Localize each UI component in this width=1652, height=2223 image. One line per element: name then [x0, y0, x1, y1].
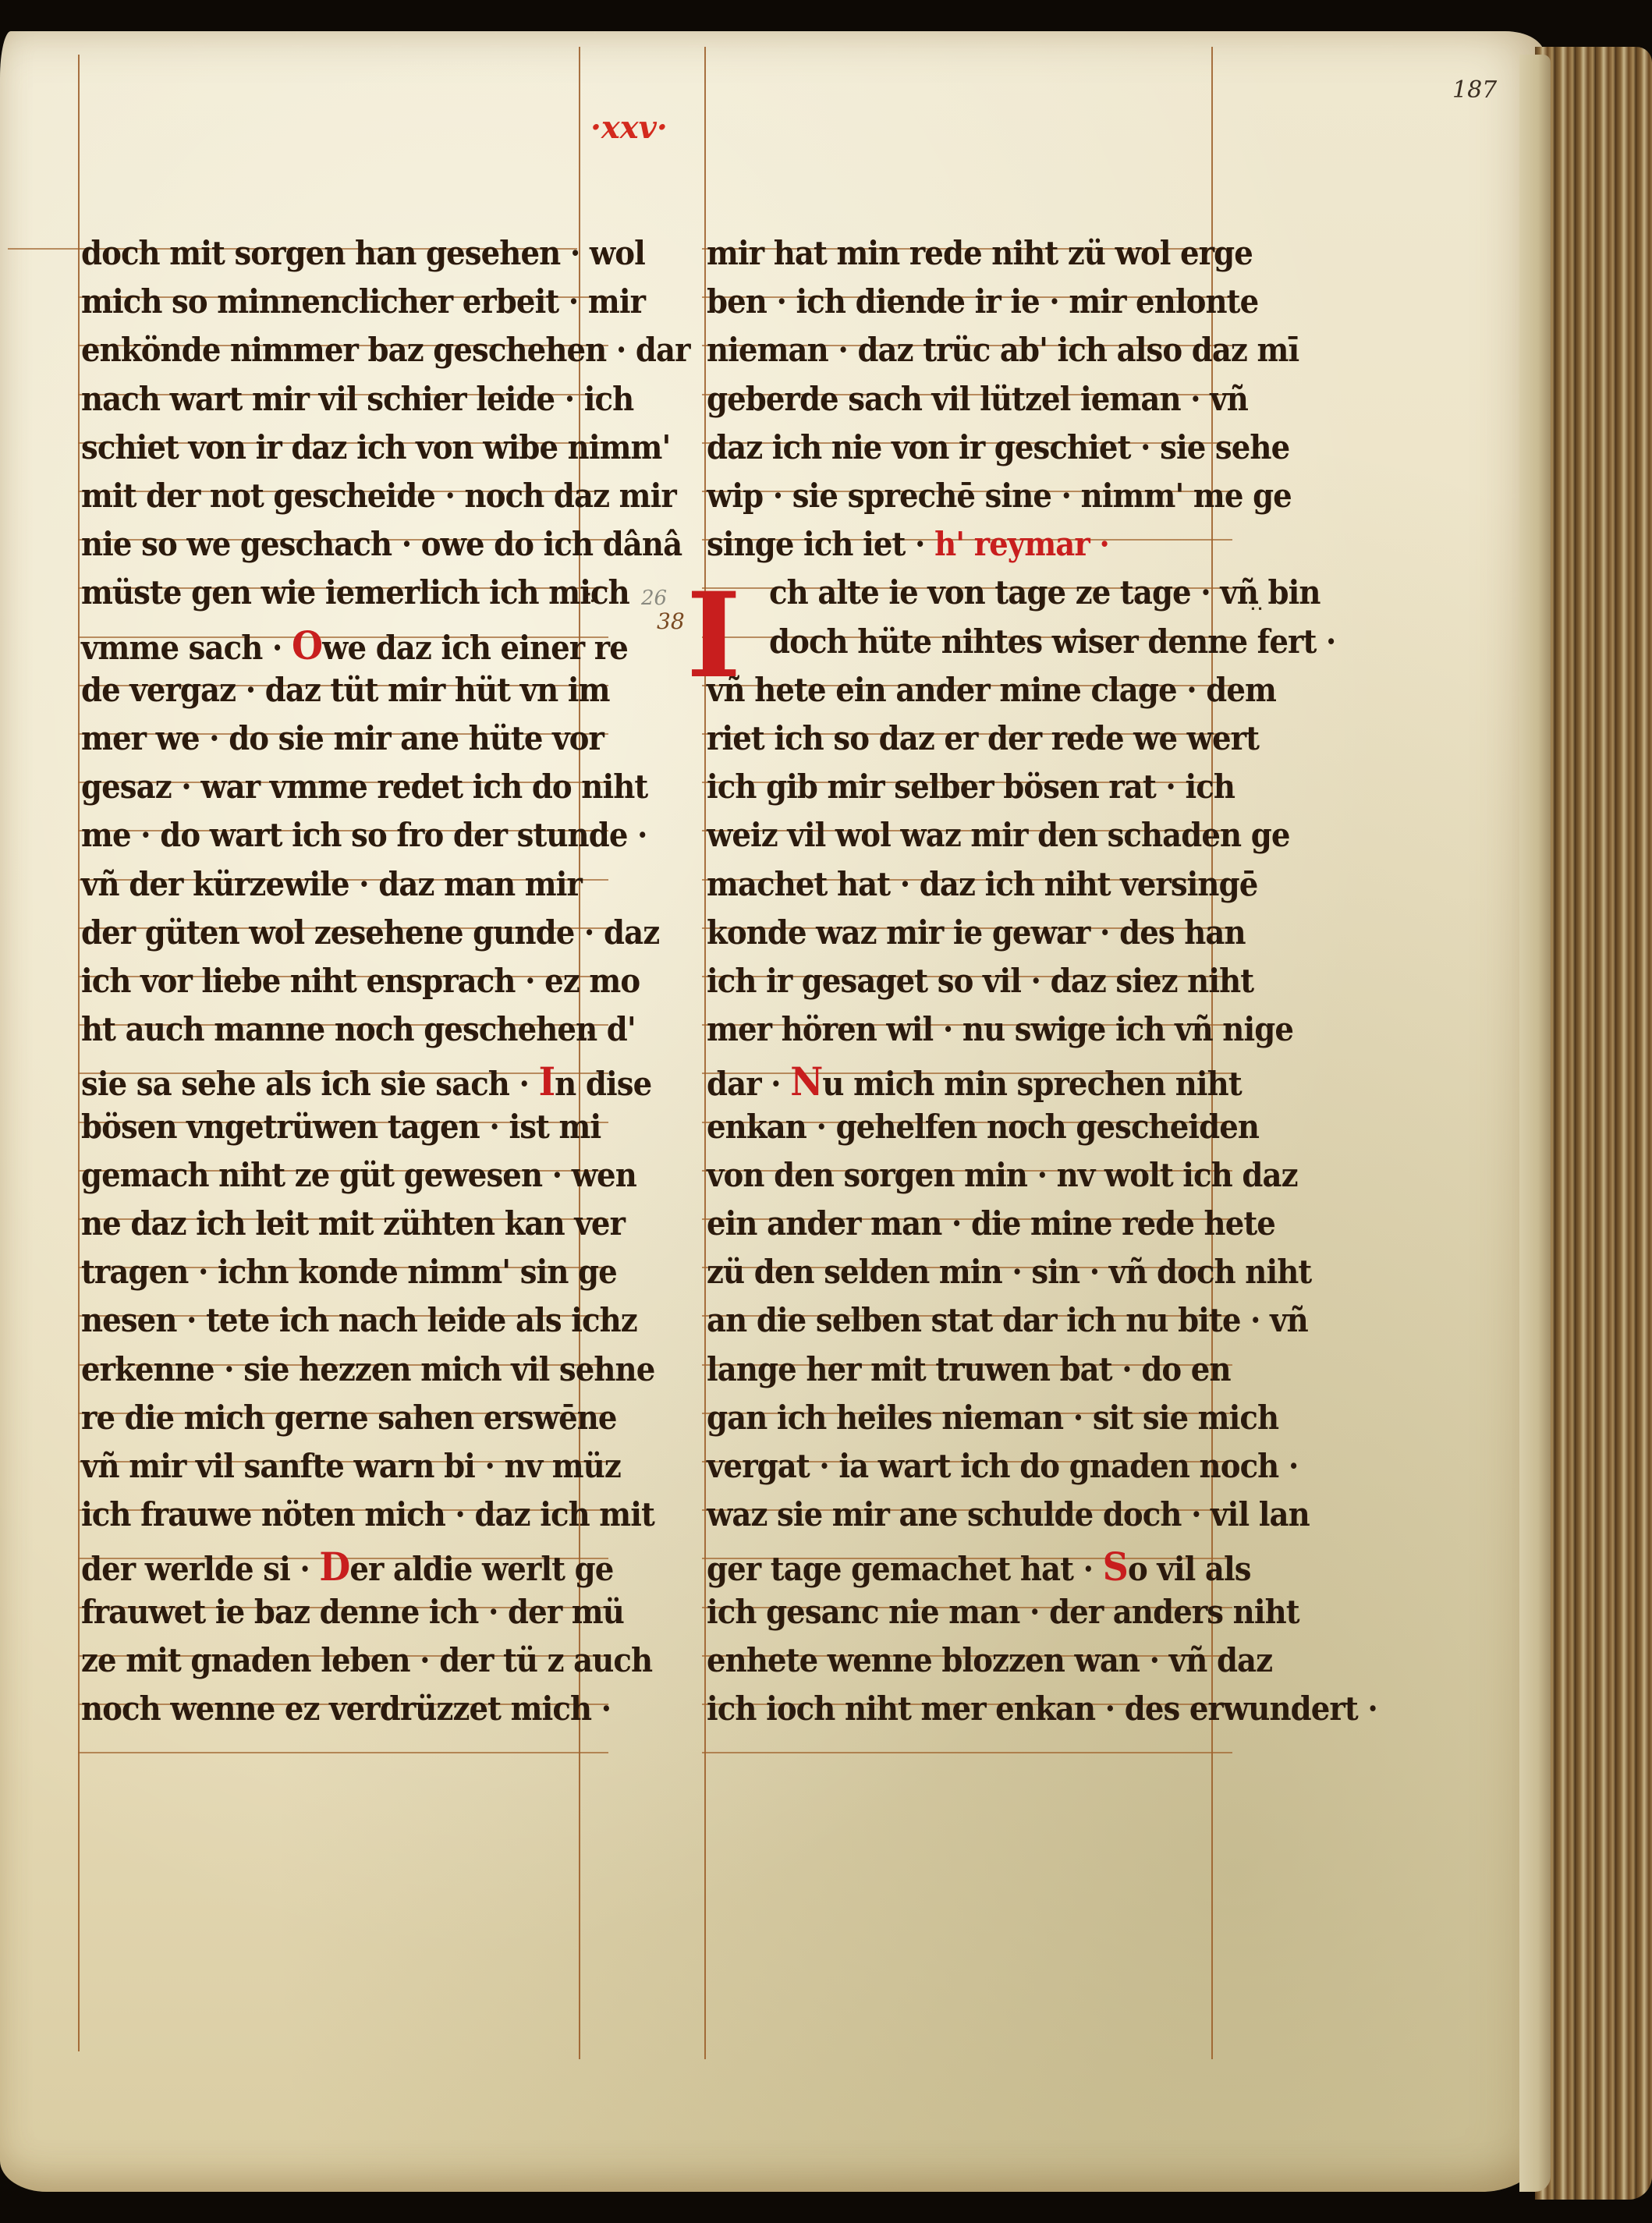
margin-pencil-number: 26	[641, 587, 667, 610]
left-line: de vergaz · daz tüt mir hüt vn im	[81, 671, 610, 709]
left-line: nach wart mir vil schier leide · ich	[81, 380, 633, 418]
right-line: ein ander man · die mine rede hete	[707, 1204, 1275, 1243]
left-line: re die mich gerne sahen erswēne	[81, 1399, 617, 1437]
right-line: enhete wenne blozzen wan · vñ daz	[707, 1641, 1272, 1679]
right-line: riet ich so daz er der rede we wert	[707, 719, 1259, 757]
right-line: ich gib mir selber bösen rat · ich	[707, 768, 1235, 806]
right-line: zü den selden min · sin · vñ doch niht	[707, 1253, 1311, 1291]
ruling-line	[702, 1752, 1232, 1753]
right-line: mer hören wil · nu swige ich vñ nige	[707, 1010, 1293, 1048]
left-line: der güten wol zesehene gunde · daz	[81, 913, 659, 952]
left-line: ht auch manne noch geschehen d'	[81, 1010, 636, 1048]
left-line: sie sa sehe als ich sie sach · In dise	[81, 1058, 651, 1104]
right-line: wip · sie sprechē sine · nimm' me ge	[707, 477, 1292, 515]
left-line: gemach niht ze güt gewesen · wen	[81, 1156, 636, 1194]
right-line: vñ hete ein ander mine clage · dem	[707, 671, 1276, 709]
right-line: geberde sach vil lützel ieman · vñ	[707, 380, 1248, 418]
right-line: ger tage gemachet hat · So vil als	[707, 1544, 1251, 1590]
right-line: konde waz mir ie gewar · des han	[707, 913, 1246, 952]
right-line: ich ir gesaget so vil · daz siez niht	[707, 962, 1253, 1000]
left-line: mit der not gescheide · noch daz mir	[81, 477, 676, 515]
decorated-initial-I: I	[686, 577, 741, 694]
book-fore-edge	[1535, 47, 1652, 2200]
right-line: singe ich iet · h' reymar ·	[707, 525, 1109, 563]
right-line: ich ioch niht mer enkan · des erwundert …	[707, 1689, 1377, 1728]
right-line: machet hat · daz ich niht versingē	[707, 865, 1257, 903]
page-stack-edge	[1519, 55, 1551, 2192]
right-line: nieman · daz trüc ab' ich also daz mī	[707, 331, 1299, 369]
ruling-line	[78, 1752, 608, 1753]
left-line: ze mit gnaden leben · der tü z auch	[81, 1641, 652, 1679]
right-line: ben · ich diende ir ie · mir enlonte	[707, 282, 1258, 321]
right-line: waz sie mir ane schulde doch · vil lan	[707, 1495, 1310, 1533]
rubric-initial-I: I	[539, 1058, 555, 1104]
left-line: mich so minnenclicher erbeit · mir	[81, 282, 645, 321]
left-line: ich vor liebe niht ensprach · ez mo	[81, 962, 640, 1000]
left-line: müste gen wie iemerlich ich mich	[81, 573, 629, 612]
right-line: lange her mit truwen bat · do en	[707, 1350, 1231, 1388]
right-line: ich gesanc nie man · der anders niht	[707, 1593, 1299, 1631]
right-line: vergat · ia wart ich do gnaden noch ·	[707, 1447, 1298, 1485]
left-line: ne daz ich leit mit zühten kan ver	[81, 1204, 625, 1243]
left-line: frauwet ie baz denne ich · der mü	[81, 1593, 624, 1631]
rubric-initial-D: D	[319, 1544, 349, 1590]
left-line: noch wenne ez verdrüzzet mich ·	[81, 1689, 611, 1728]
left-line: enkönde nimmer baz geschehen · dar	[81, 331, 690, 369]
right-line: dar · Nu mich min sprechen niht	[707, 1058, 1242, 1104]
rubric-initial-N: N	[790, 1058, 822, 1104]
folio-number: 187	[1452, 76, 1497, 104]
right-line: von den sorgen min · nv wolt ich daz	[707, 1156, 1298, 1194]
rubric-initial-O: O	[292, 622, 322, 668]
right-line: mir hat min rede niht zü wol erge	[707, 234, 1253, 272]
left-line: der werlde si · Der aldie werlt ge	[81, 1544, 613, 1590]
right-line: weiz vil wol waz mir den schaden ge	[707, 816, 1290, 854]
left-line: nie so we geschach · owe do ich dânâ	[81, 525, 682, 563]
left-line: me · do wart ich so fro der stunde ·	[81, 816, 647, 854]
left-line: erkenne · sie hezzen mich vil sehne	[81, 1350, 654, 1388]
left-line: vñ der kürzewile · daz man mir	[81, 865, 582, 903]
left-line: gesaz · war vmme redet ich do niht	[81, 768, 647, 806]
left-line: tragen · ichn konde nimm' sin ge	[81, 1253, 617, 1291]
right-line: an die selben stat dar ich nu bite · vñ	[707, 1301, 1308, 1339]
rubric-initial-S: S	[1103, 1544, 1128, 1590]
left-line: mer we · do sie mir ane hüte vor	[81, 719, 604, 757]
right-line: doch hüte nihtes wiser denne fert ·	[769, 622, 1335, 661]
left-line: bösen vngetrüwen tagen · ist mi	[81, 1108, 601, 1146]
right-line: enkan · gehelfen noch gescheiden	[707, 1108, 1259, 1146]
left-line: doch mit sorgen han gesehen · wol	[81, 234, 645, 272]
margin-ink-number: 38	[657, 608, 685, 634]
right-line: daz ich nie von ir geschiet · sie sehe	[707, 428, 1289, 466]
left-line: schiet von ir daz ich von wibe nimm'	[81, 428, 670, 466]
left-line: nesen · tete ich nach leide als ichz	[81, 1301, 637, 1339]
right-line: ch alte ie von tage ze tage · vñ bin	[769, 573, 1321, 612]
left-line: vñ mir vil sanfte warn bi · nv müz	[81, 1447, 621, 1485]
left-line: vmme sach · Owe daz ich einer re	[81, 622, 628, 668]
ruling-right-outer	[704, 47, 706, 2059]
rubric-author-name: h' reymar ·	[934, 525, 1109, 563]
right-line: gan ich heiles nieman · sit sie mich	[707, 1399, 1278, 1437]
left-line: ich frauwe nöten mich · daz ich mit	[81, 1495, 654, 1533]
quire-mark: ·xxv·	[590, 109, 668, 146]
